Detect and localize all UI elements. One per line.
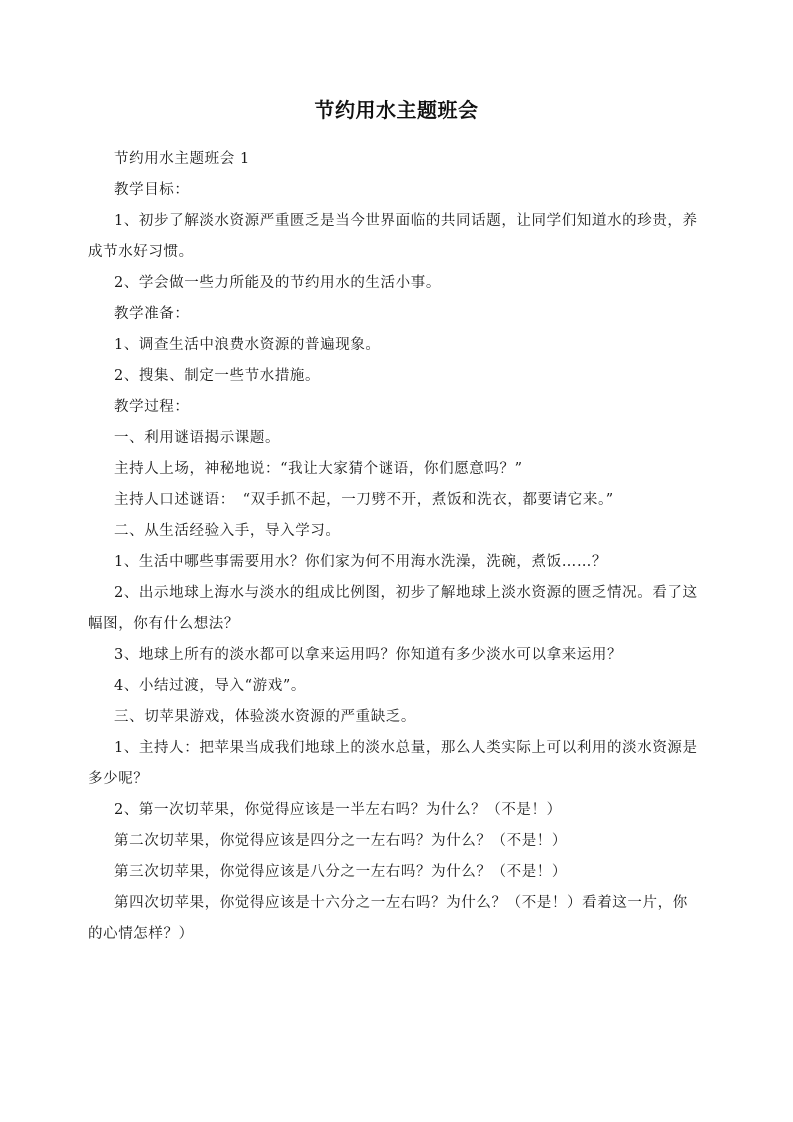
paragraph: 第三次切苹果，你觉得应该是八分之一左右吗？为什么？（不是！） — [88, 857, 702, 888]
paragraph-section-label: 教学准备： — [88, 299, 702, 330]
paragraph-section-label: 教学过程： — [88, 392, 702, 423]
paragraph: 第二次切苹果，你觉得应该是四分之一左右吗？为什么？（不是！） — [88, 826, 702, 857]
paragraph-heading: 节约用水主题班会 1 — [88, 144, 702, 175]
paragraph-section-label: 教学目标： — [88, 175, 702, 206]
document-body: 节约用水主题班会 1 教学目标： 1、初步了解淡水资源严重匮乏是当今世界面临的共… — [88, 144, 702, 950]
paragraph: 2、第一次切苹果，你觉得应该是一半左右吗？为什么？（不是！） — [88, 795, 702, 826]
paragraph: 1、主持人：把苹果当成我们地球上的淡水总量，那么人类实际上可以利用的淡水资源是多… — [88, 733, 702, 795]
paragraph: 二、从生活经验入手，导入学习。 — [88, 516, 702, 547]
document-title: 节约用水主题班会 — [0, 96, 793, 124]
paragraph: 1、初步了解淡水资源严重匮乏是当今世界面临的共同话题，让同学们知道水的珍贵，养成… — [88, 206, 702, 268]
paragraph: 2、学会做一些力所能及的节约用水的生活小事。 — [88, 268, 702, 299]
paragraph: 第四次切苹果，你觉得应该是十六分之一左右吗？为什么？（不是！）看着这一片，你的心… — [88, 888, 702, 950]
paragraph: 3、地球上所有的淡水都可以拿来运用吗？你知道有多少淡水可以拿来运用？ — [88, 640, 702, 671]
paragraph: 三、切苹果游戏，体验淡水资源的严重缺乏。 — [88, 702, 702, 733]
paragraph: 主持人上场，神秘地说：“我让大家猜个谜语，你们愿意吗？” — [88, 454, 702, 485]
paragraph: 一、利用谜语揭示课题。 — [88, 423, 702, 454]
paragraph: 2、出示地球上海水与淡水的组成比例图，初步了解地球上淡水资源的匮乏情况。看了这幅… — [88, 578, 702, 640]
paragraph: 主持人口述谜语： “双手抓不起，一刀劈不开，煮饭和洗衣，都要请它来。” — [88, 485, 702, 516]
document-page: 节约用水主题班会 节约用水主题班会 1 教学目标： 1、初步了解淡水资源严重匮乏… — [0, 0, 793, 1122]
paragraph: 4、小结过渡，导入“游戏”。 — [88, 671, 702, 702]
paragraph: 2、搜集、制定一些节水措施。 — [88, 361, 702, 392]
paragraph: 1、调查生活中浪费水资源的普遍现象。 — [88, 330, 702, 361]
paragraph: 1、生活中哪些事需要用水？你们家为何不用海水洗澡，洗碗，煮饭……？ — [88, 547, 702, 578]
